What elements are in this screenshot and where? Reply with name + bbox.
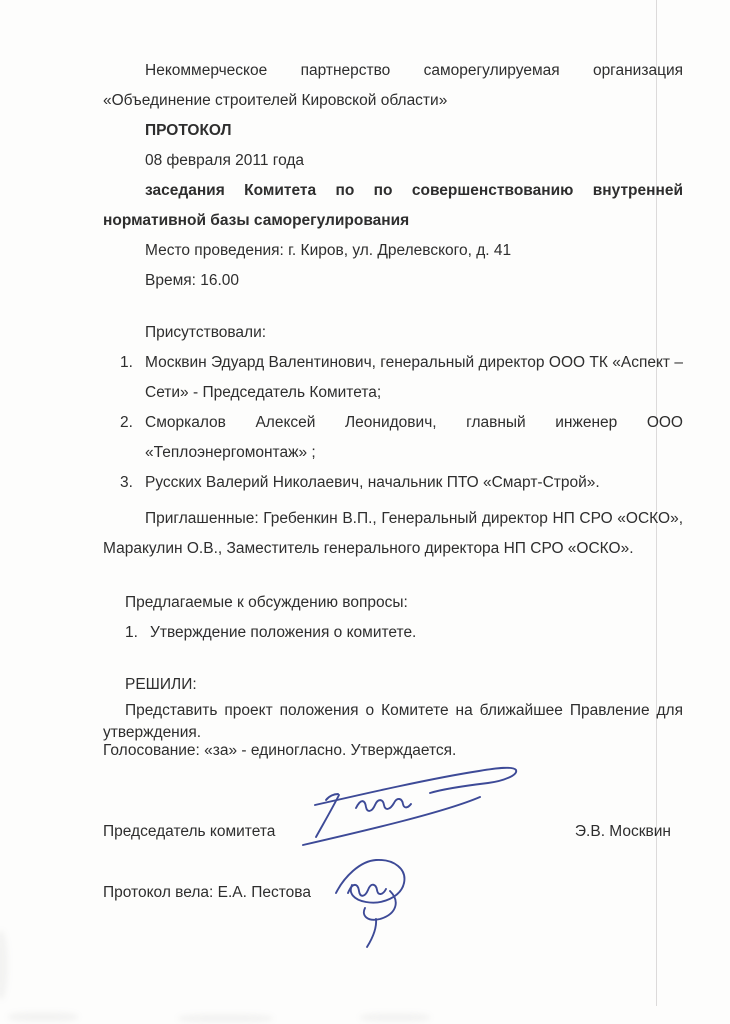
attendees-list: 1. Москвин Эдуард Валентинович, генераль…: [103, 348, 683, 498]
scan-smudge: [360, 1013, 430, 1022]
signature-row-chairman: Председатель комитета Э.В. Москвин: [103, 817, 683, 847]
attendee-item: 3. Русских Валерий Николаевич, начальник…: [103, 468, 683, 498]
venue-line: Место проведения: г. Киров, ул. Дрелевск…: [103, 236, 683, 266]
agenda-item-number: 1.: [125, 618, 150, 648]
attendee-text: Сморкалов Алексей Леонидович, главный ин…: [145, 408, 683, 468]
agenda-item-text: Утверждение положения о комитете.: [150, 618, 683, 648]
attendee-item: 1. Москвин Эдуард Валентинович, генераль…: [103, 348, 683, 408]
attendee-text: Русских Валерий Николаевич, начальник ПТ…: [145, 468, 683, 498]
decision-paragraph: Представить проект положения о Комитете …: [103, 700, 683, 744]
chairman-name: Э.В. Москвин: [575, 817, 683, 847]
attendee-item: 2. Сморкалов Алексей Леонидович, главный…: [103, 408, 683, 468]
meeting-subject: заседания Комитета по по совершенствован…: [103, 176, 683, 236]
attendee-number: 1.: [120, 348, 145, 378]
organization-name: Некоммерческое партнерство саморегулируе…: [103, 56, 683, 116]
document-title: ПРОТОКОЛ: [103, 116, 683, 146]
scanned-document-page: Некоммерческое партнерство саморегулируе…: [0, 0, 730, 1024]
attendee-text: Москвин Эдуард Валентинович, генеральный…: [145, 348, 683, 408]
scan-smudge: [8, 1012, 78, 1022]
chairman-role-label: Председатель комитета: [103, 817, 275, 847]
voting-result-line: Голосование: «за» - единогласно. Утвержд…: [103, 740, 683, 762]
agenda-item: 1. Утверждение положения о комитете.: [103, 618, 683, 648]
document-content: Некоммерческое партнерство саморегулируе…: [0, 0, 730, 908]
agenda-list: 1. Утверждение положения о комитете.: [103, 618, 683, 648]
ink-stroke: [367, 919, 376, 947]
signature-row-secretary: Протокол вела: Е.А. Пестова: [103, 878, 683, 908]
attendee-number: 3.: [120, 468, 145, 498]
attendee-number: 2.: [120, 408, 145, 438]
attendees-heading: Присутствовали:: [103, 318, 683, 348]
invited-paragraph: Приглашенные: Гребенкин В.П., Генеральны…: [103, 504, 683, 564]
time-line: Время: 16.00: [103, 266, 683, 296]
agenda-heading: Предлагаемые к обсуждению вопросы:: [125, 588, 683, 618]
decided-heading: РЕШИЛИ:: [125, 670, 683, 700]
secretary-role-label: Протокол вела: Е.А. Пестова: [103, 878, 311, 908]
document-date: 08 февраля 2011 года: [103, 146, 683, 176]
scan-smudge: [0, 930, 8, 1000]
scan-smudge: [178, 1014, 273, 1023]
